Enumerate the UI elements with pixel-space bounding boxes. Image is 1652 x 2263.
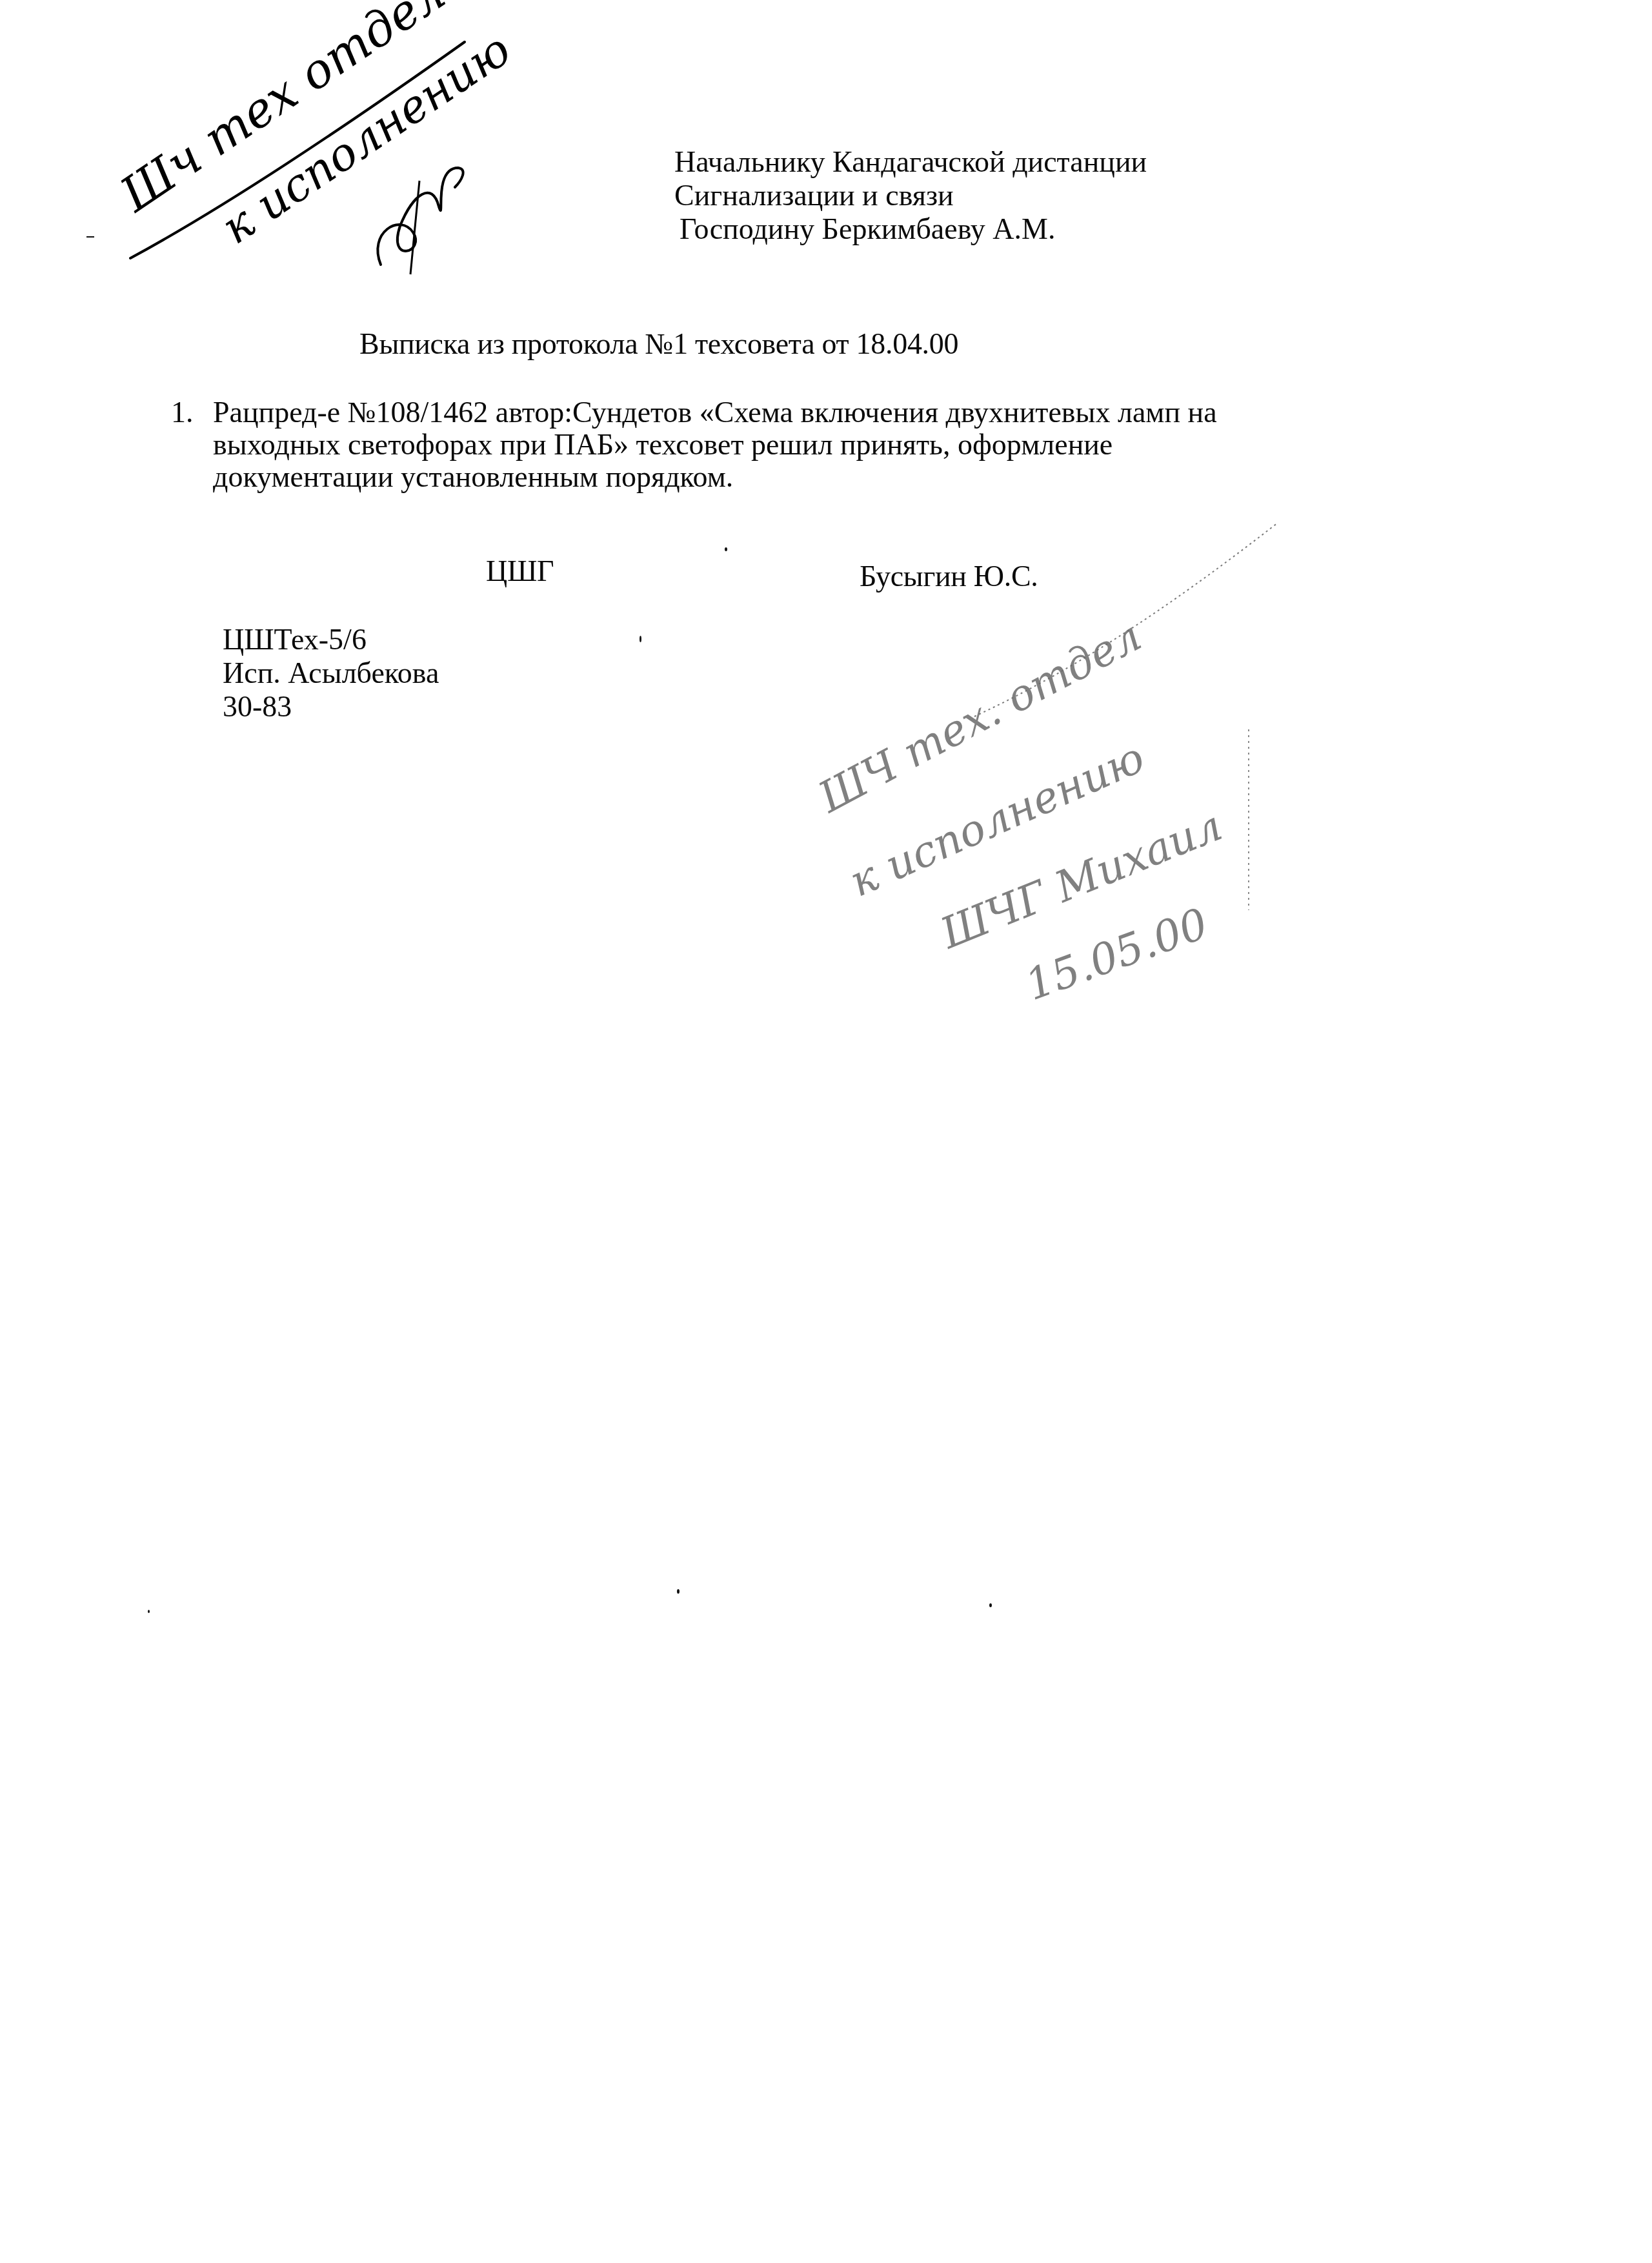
list-item-number: 1. bbox=[171, 396, 194, 429]
executor-phone: 30-83 bbox=[223, 690, 439, 724]
handwritten-line-1: Шч тех отдел + Шчг bbox=[110, 0, 603, 223]
handwritten-right-line-3: ШЧГ Михаил bbox=[932, 800, 1229, 959]
list-item-text: Рацпред-е №108/1462 автор:Сундетов «Схем… bbox=[213, 396, 1355, 493]
list-item-line: документации установленным порядком. bbox=[213, 461, 1355, 493]
signature-icon bbox=[378, 168, 463, 265]
list-item-line: выходных светофорах при ПАБ» техсовет ре… bbox=[213, 429, 1355, 461]
reference-number: ЦШТех-5/6 bbox=[223, 623, 439, 656]
scan-speck bbox=[725, 547, 727, 551]
handwritten-right-date: 15.05.00 bbox=[1019, 898, 1214, 1010]
addressee-line: Начальнику Кандагачской дистанции bbox=[674, 145, 1147, 179]
scan-speck bbox=[677, 1589, 680, 1594]
scan-speck bbox=[989, 1603, 992, 1607]
addressee-line: Сигнализации и связи bbox=[674, 179, 1147, 212]
handwritten-line-2: к исполнению bbox=[212, 23, 520, 254]
scanned-document-page: Шч тех отдел + Шчг к исполнению Начальни… bbox=[0, 0, 1652, 2263]
list-item-line: Рацпред-е №108/1462 автор:Сундетов «Схем… bbox=[213, 396, 1355, 429]
scan-speck bbox=[640, 636, 641, 642]
scan-speck bbox=[86, 236, 94, 238]
handwritten-right-line-2: к исполнению bbox=[842, 733, 1152, 907]
signatory-organization: ЦШГ bbox=[486, 555, 554, 587]
addressee-line: Господину Беркимбаеву А.М. bbox=[674, 212, 1147, 246]
handwritten-right-line-1: ШЧ тех. отдел bbox=[810, 611, 1150, 823]
executor-name: Исп. Асылбекова bbox=[223, 656, 439, 690]
addressee-block: Начальнику Кандагачской дистанции Сигнал… bbox=[674, 145, 1147, 246]
signatory-name: Бусыгин Ю.С. bbox=[860, 560, 1038, 593]
handwritten-resolution-top-left: Шч тех отдел + Шчг к исполнению bbox=[97, 19, 600, 303]
scan-speck bbox=[148, 1610, 150, 1613]
document-footer: ЦШТех-5/6 Исп. Асылбекова 30-83 bbox=[223, 623, 439, 724]
document-title: Выписка из протокола №1 техсовета от 18.… bbox=[359, 328, 958, 360]
